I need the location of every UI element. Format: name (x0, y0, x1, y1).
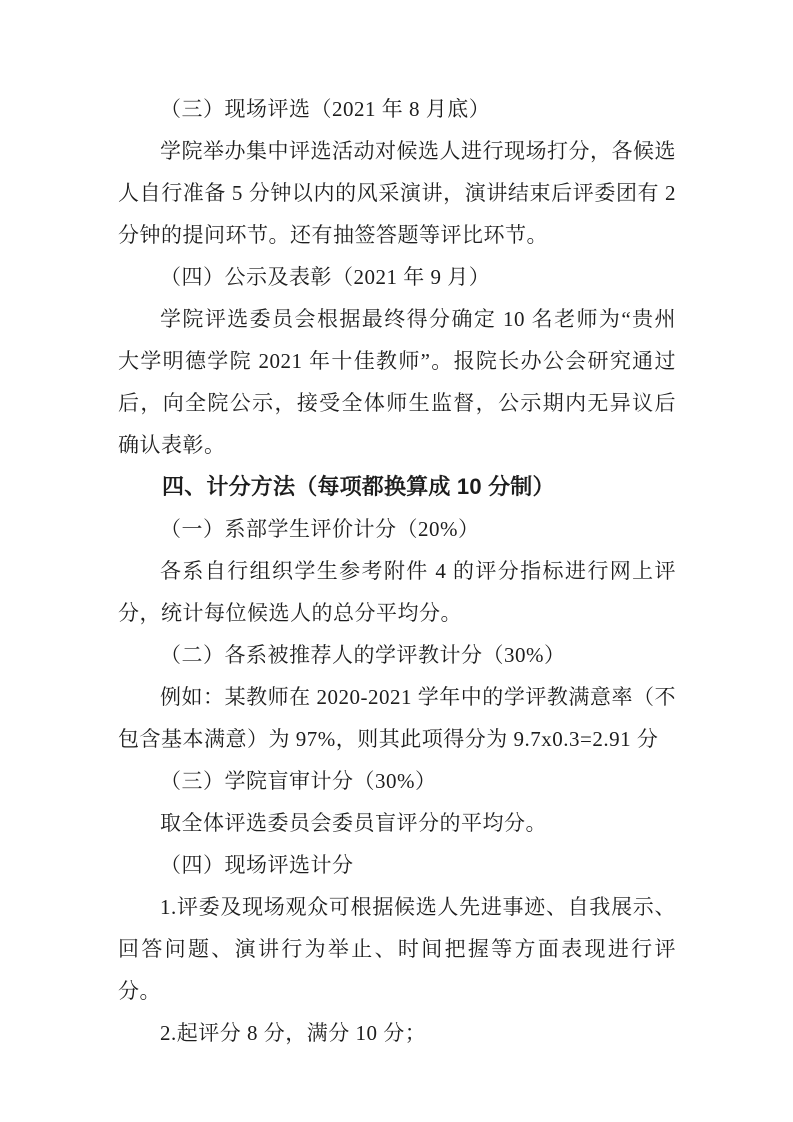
section-3-heading: （三）现场评选（2021 年 8 月底） (118, 88, 676, 130)
section-3-paragraph: 学院举办集中评选活动对候选人进行现场打分，各候选人自行准备 5 分钟以内的风采演… (118, 130, 676, 256)
scoring-item-2-heading: （二）各系被推荐人的学评教计分（30%） (118, 634, 676, 676)
section-4-heading: （四）公示及表彰（2021 年 9 月） (118, 256, 676, 298)
scoring-item-4-point-2: 2.起评分 8 分，满分 10 分； (118, 1012, 676, 1054)
chapter-4-heading: 四、计分方法（每项都换算成 10 分制） (118, 466, 676, 508)
document-body: （三）现场评选（2021 年 8 月底） 学院举办集中评选活动对候选人进行现场打… (118, 88, 676, 1054)
scoring-item-1-heading: （一）系部学生评价计分（20%） (118, 508, 676, 550)
section-4-paragraph: 学院评选委员会根据最终得分确定 10 名老师为“贵州大学明德学院 2021 年十… (118, 298, 676, 466)
scoring-item-2-paragraph: 例如：某教师在 2020-2021 学年中的学评教满意率（不包含基本满意）为 9… (118, 676, 676, 760)
scoring-item-4-point-1: 1.评委及现场观众可根据候选人先进事迹、自我展示、回答问题、演讲行为举止、时间把… (118, 886, 676, 1012)
scoring-item-1-paragraph: 各系自行组织学生参考附件 4 的评分指标进行网上评分，统计每位候选人的总分平均分… (118, 550, 676, 634)
scoring-item-4-heading: （四）现场评选计分 (118, 844, 676, 886)
scoring-item-3-paragraph: 取全体评选委员会委员盲评分的平均分。 (118, 802, 676, 844)
scoring-item-3-heading: （三）学院盲审计分（30%） (118, 760, 676, 802)
document-page: （三）现场评选（2021 年 8 月底） 学院举办集中评选活动对候选人进行现场打… (0, 0, 793, 1122)
